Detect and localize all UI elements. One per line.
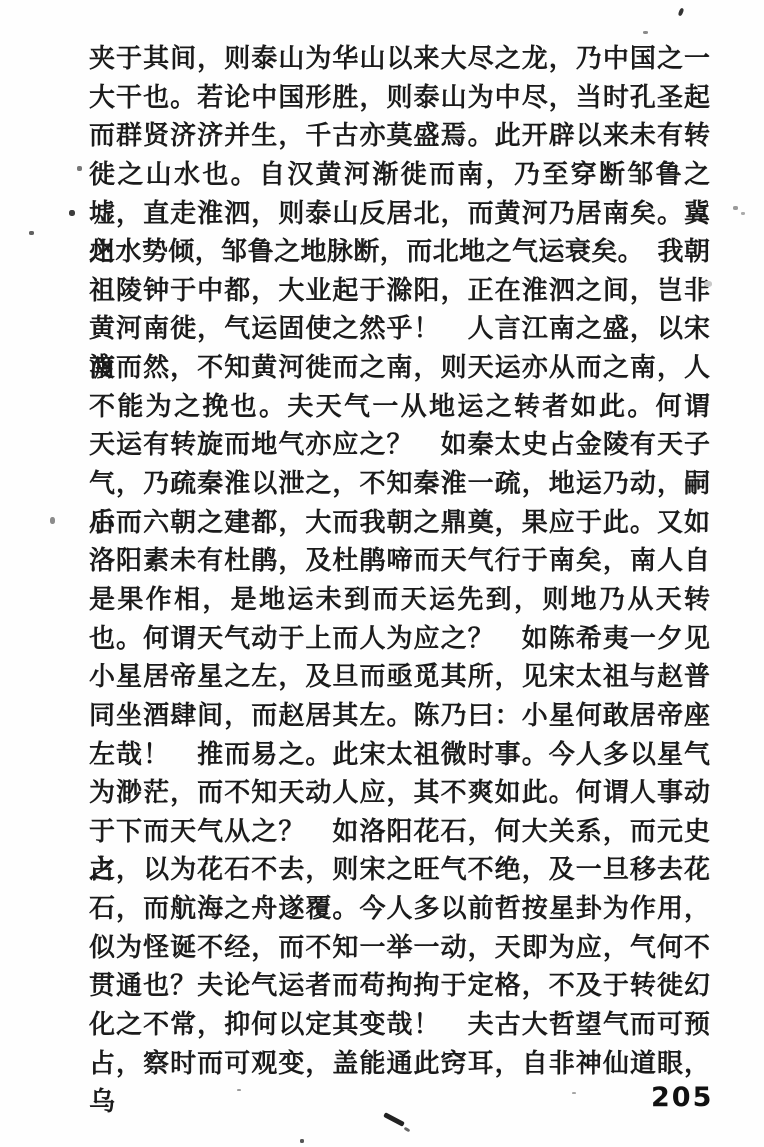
text-line: 化之不常，抑何以定其变哉！ 夫古大哲望气而可预 — [89, 1006, 710, 1045]
scan-speck — [741, 212, 745, 215]
text-line: 之水势倾，邹鲁之地脉断，而北地之气运衰矣。 我朝 — [89, 233, 710, 272]
text-line: 似为怪诞不经，而不知一举一动，天即为应，气何不 — [89, 929, 710, 968]
scan-speck — [383, 1112, 405, 1127]
text-line: 于下而天气从之？ 如洛阳花石，何大关系，而元史占 — [89, 813, 710, 852]
scan-speck — [572, 1092, 576, 1094]
page-number: 205 — [651, 1082, 713, 1113]
scan-speck — [704, 281, 712, 287]
scan-speck — [69, 210, 75, 216]
text-line: 不能为之挽也。夫天气一从地运之转者如此。何谓 — [89, 388, 710, 427]
text-line: 而群贤济济并生，千古亦莫盛焉。此开辟以来未有转 — [89, 117, 710, 156]
scan-speck — [300, 1139, 304, 1143]
text-line: 小而六朝之建都，大而我朝之鼎奠，果应于此。又如 — [89, 504, 710, 543]
text-line: 是果作相，是地运未到而天运先到，则地乃从天转 — [89, 581, 710, 620]
text-line: 墟，直走淮泗，则泰山反居北，而黄河乃居南矣。冀州 — [89, 195, 710, 234]
scan-speck — [678, 8, 685, 17]
text-line: 之，以为花石不去，则宋之旺气不绝，及一旦移去花 — [89, 851, 710, 890]
text-line: 左哉！ 推而易之。此宋太祖微时事。今人多以星气 — [89, 736, 710, 775]
scan-speck — [404, 1127, 411, 1133]
scanned-book-page: 夹于其间，则泰山为华山以来大尽之龙，乃中国之一 大干也。若论中国形胜，则泰山为中… — [0, 0, 764, 1147]
scan-speck — [585, 446, 589, 449]
scan-speck — [643, 31, 648, 34]
text-line: 祖陵钟于中都，大业起于滁阳，正在淮泗之间，岂非 — [89, 272, 710, 311]
body-text-block: 夹于其间，则泰山为华山以来大尽之龙，乃中国之一 大干也。若论中国形胜，则泰山为中… — [89, 40, 710, 1083]
text-line: 也。何谓天气动于上而人为应之？ 如陈希夷一夕见 — [89, 620, 710, 659]
scan-speck — [237, 1089, 241, 1091]
text-line: 天运有转旋而地气亦应之？ 如秦太史占金陵有天子 — [89, 426, 710, 465]
text-line: 徙之山水也。自汉黄河渐徙而南，乃至穿断邹鲁之 — [89, 156, 710, 195]
text-line: 黄河南徙，气运固使之然乎！ 人言江南之盛，以宋南 — [89, 310, 710, 349]
text-line: 石，而航海之舟遂覆。今人多以前哲按星卦为作用， — [89, 890, 710, 929]
text-line: 占，察时而可观变，盖能通此窍耳，自非神仙道眼，乌 — [89, 1045, 710, 1084]
text-line: 同坐酒肆间，而赵居其左。陈乃曰：小星何敢居帝座 — [89, 697, 710, 736]
text-line: 小星居帝星之左，及旦而亟觅其所，见宋太祖与赵普 — [89, 658, 710, 697]
text-line: 大干也。若论中国形胜，则泰山为中尽，当时孔圣起 — [89, 79, 710, 118]
text-line: 贯通也？夫论气运者而苟拘拘于定格，不及于转徙幻 — [89, 967, 710, 1006]
scan-speck — [77, 166, 82, 171]
scan-speck — [733, 206, 738, 210]
text-line: 为渺茫，而不知天动人应，其不爽如此。何谓人事动 — [89, 774, 710, 813]
text-line: 夹于其间，则泰山为华山以来大尽之龙，乃中国之一 — [89, 40, 710, 79]
scan-speck — [50, 517, 55, 524]
text-line: 洛阳素未有杜鹃，及杜鹃啼而天气行于南矣，南人自 — [89, 542, 710, 581]
scan-speck — [29, 231, 34, 235]
text-line: 渡而然，不知黄河徙而之南，则天运亦从而之南，人 — [89, 349, 710, 388]
text-line: 气，乃疏秦淮以泄之，不知秦淮一疏，地运乃动，嗣后 — [89, 465, 710, 504]
